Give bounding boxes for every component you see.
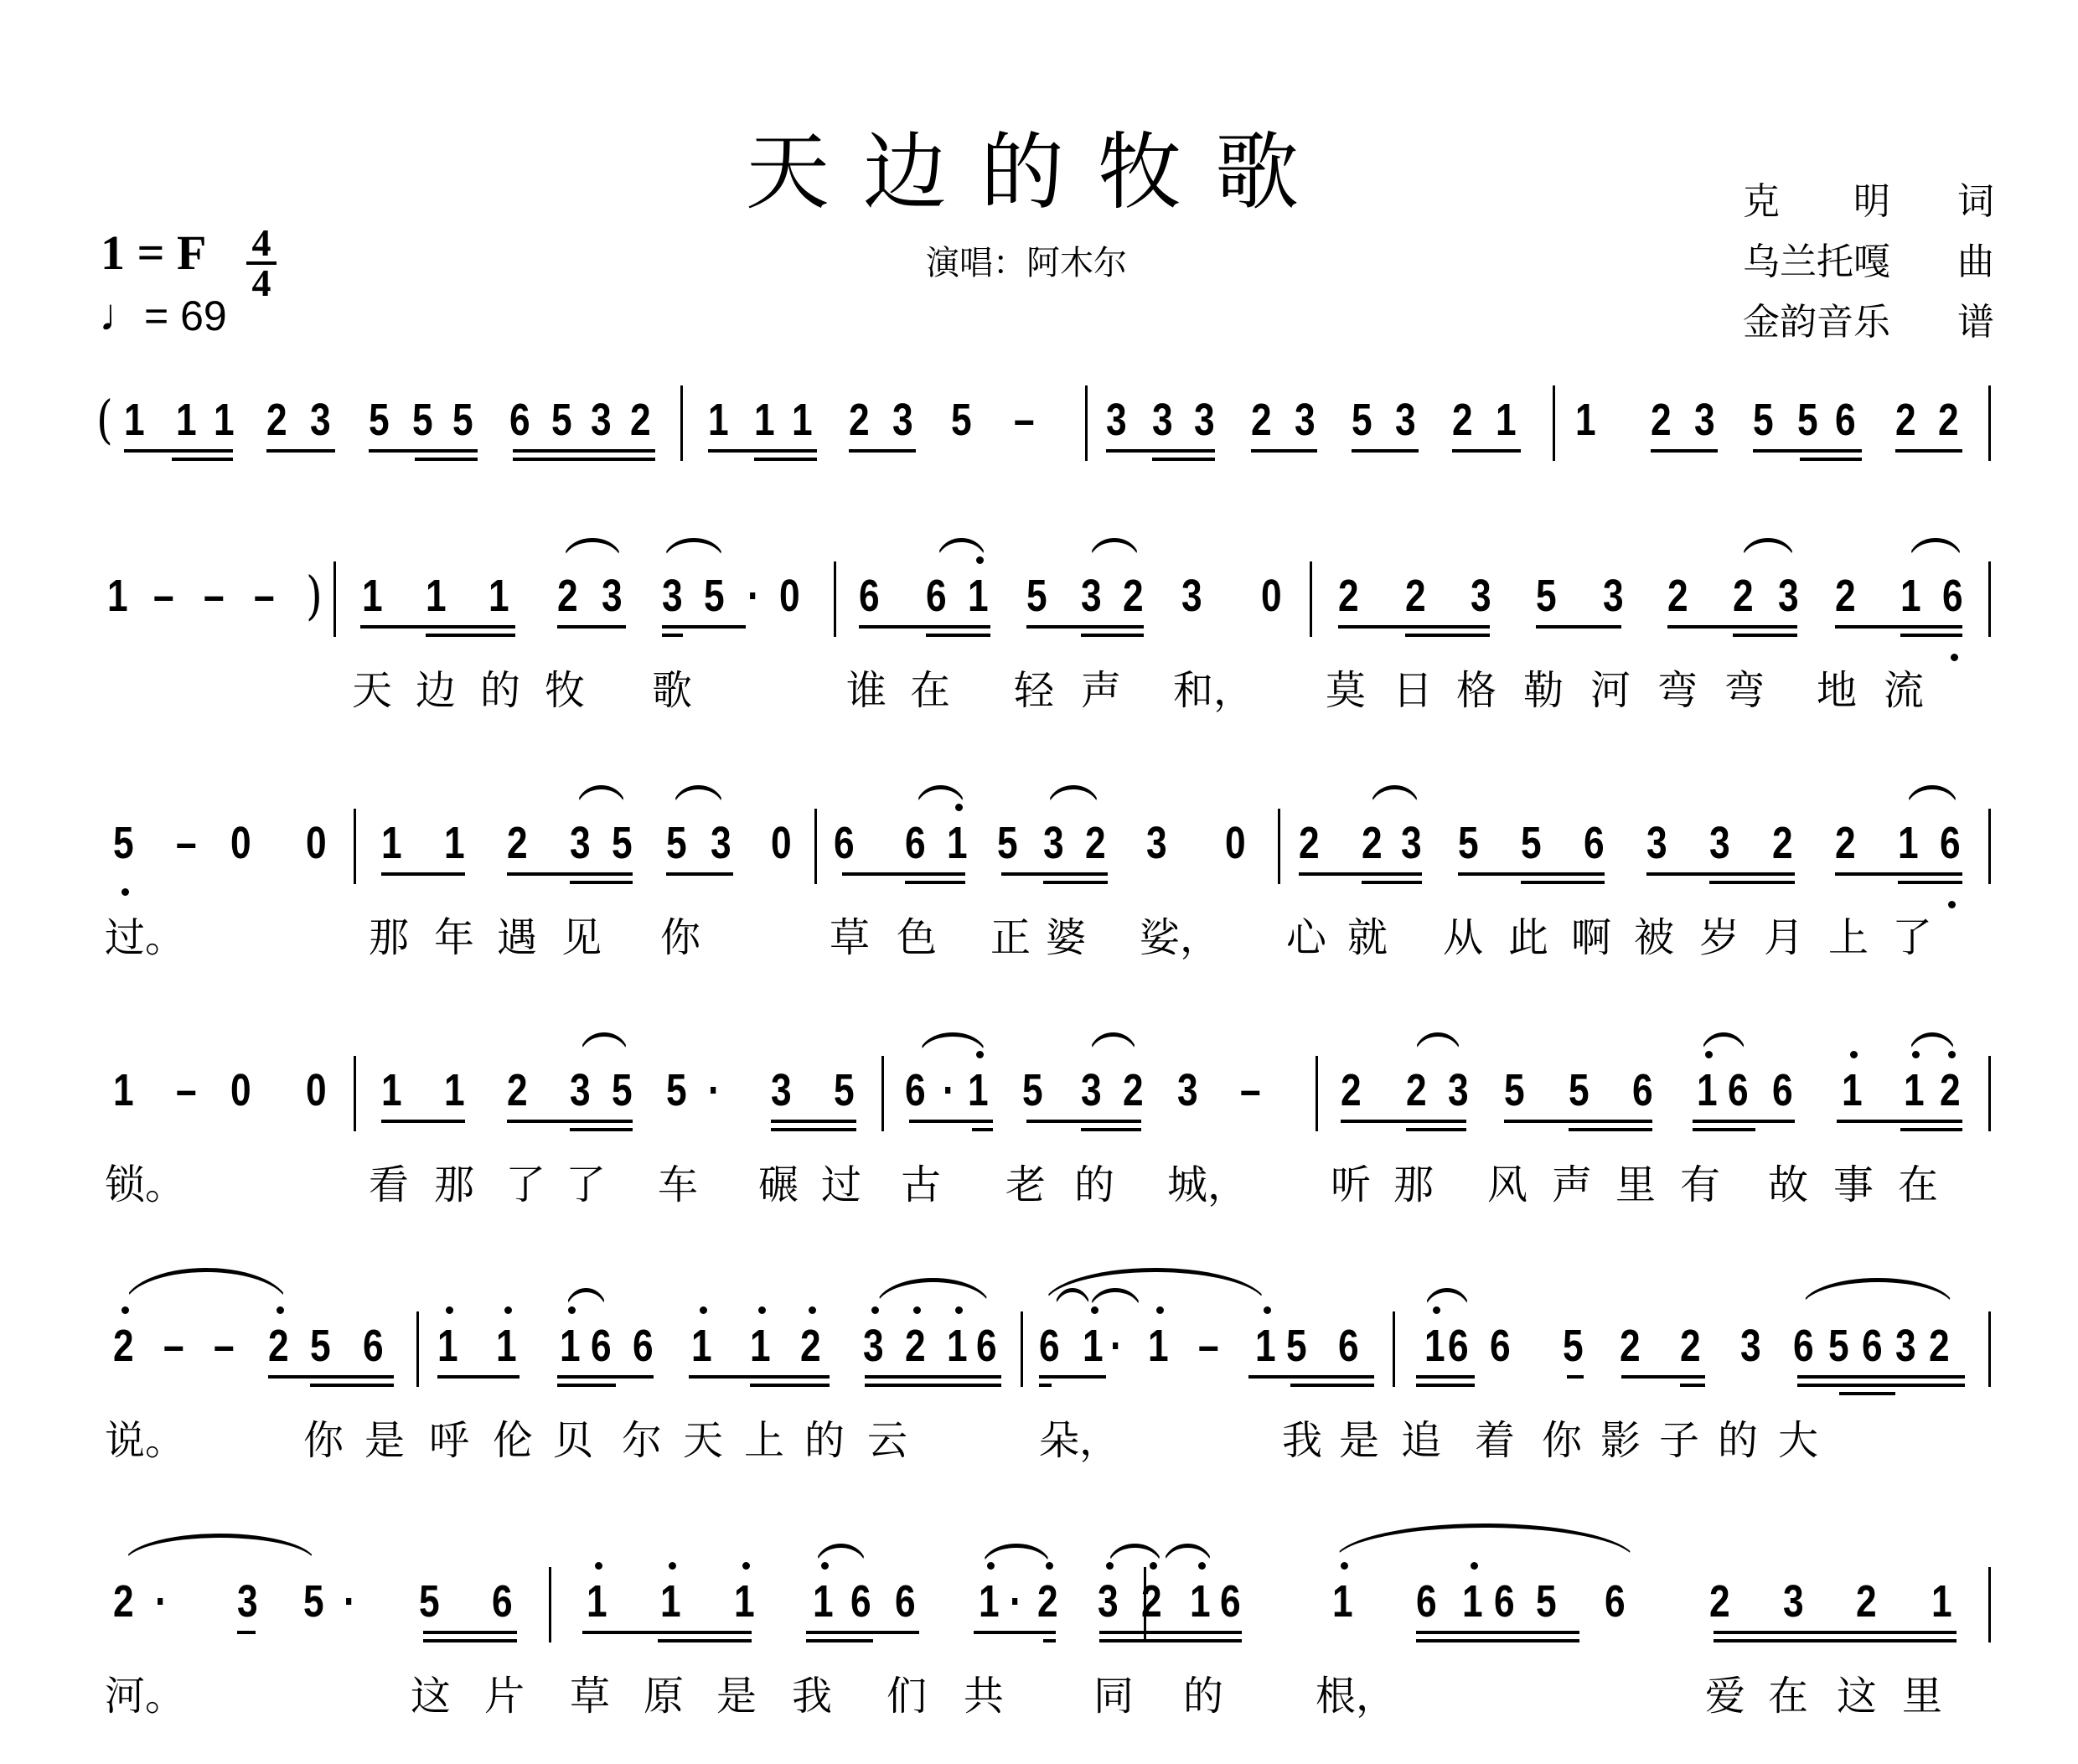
beam-underline	[1714, 1631, 1957, 1634]
beam-underline	[1416, 1631, 1579, 1634]
lyric-syllable: 你	[660, 905, 700, 963]
note: 3	[1471, 570, 1491, 622]
lyric-syllable: 年	[434, 905, 474, 963]
note: 1	[488, 570, 509, 622]
lyric-syllable: 岁	[1699, 905, 1739, 963]
lyric-syllable: 天	[352, 658, 392, 716]
beam-underline	[1646, 872, 1795, 876]
slur-arc	[1909, 1032, 1956, 1055]
note: 5	[551, 394, 572, 446]
bar-line	[333, 561, 336, 637]
lyric-syllable: 河。	[105, 1663, 185, 1721]
lyric-syllable: 的	[804, 1408, 845, 1466]
bar-line	[680, 385, 683, 461]
beam-underline	[972, 1128, 993, 1131]
beam-underline	[1299, 872, 1422, 876]
note: 2	[1835, 570, 1856, 622]
note: 6	[859, 570, 880, 622]
note: 6	[1772, 1064, 1793, 1116]
lyric-syllable: 的	[1183, 1663, 1223, 1721]
note: 3	[1081, 570, 1102, 622]
note: 1	[560, 1320, 581, 1372]
note: 6	[905, 817, 926, 869]
beam-underline	[1504, 1120, 1652, 1123]
note: 2	[1452, 394, 1473, 446]
octave-dot-above	[1341, 1562, 1348, 1570]
lyric-syllable: 声	[1552, 1152, 1592, 1210]
beam-underline	[658, 1639, 752, 1642]
note: 5	[1026, 570, 1047, 622]
note: 6	[1416, 1575, 1437, 1627]
note: 2	[1680, 1320, 1701, 1372]
singer-credit: 演唱：阿木尔	[926, 236, 1127, 284]
beam-underline	[570, 1128, 633, 1131]
note: 5	[369, 394, 390, 446]
note: 3	[1194, 394, 1215, 446]
note: 6	[509, 394, 530, 446]
note: 5	[1797, 394, 1818, 446]
bar-line	[1278, 809, 1280, 884]
note: 5	[666, 817, 687, 869]
slur-arc	[1089, 538, 1140, 561]
lyric-syllable: 月	[1764, 905, 1804, 963]
note: 5	[1352, 394, 1372, 446]
lyric-syllable: 那	[369, 905, 409, 963]
note: 5	[666, 1064, 687, 1116]
bar-line	[1988, 809, 1991, 884]
lyric-syllable: 草	[570, 1663, 610, 1721]
note: 1	[754, 394, 775, 446]
beam-underline	[1709, 881, 1795, 884]
beam-underline	[905, 881, 965, 884]
lyric-syllable: 这	[1837, 1663, 1877, 1721]
lyric-syllable: 呼	[429, 1408, 469, 1466]
dash-note: –	[1014, 394, 1035, 446]
octave-dot-below	[1948, 901, 1956, 908]
lyric-syllable: 过	[821, 1152, 861, 1210]
lyric-syllable: 婆	[1046, 905, 1086, 963]
lyric-syllable: 有	[1680, 1152, 1720, 1210]
beam-underline	[771, 1120, 856, 1123]
slur-arc	[876, 1278, 990, 1307]
slur-arc	[1334, 1523, 1636, 1561]
slur-arc	[673, 785, 724, 808]
note: 3	[863, 1320, 884, 1372]
note: 1	[113, 1064, 134, 1116]
note: 5	[303, 1575, 324, 1627]
note: 3	[1152, 394, 1173, 446]
lyric-syllable: 河	[1590, 658, 1631, 716]
note: 2	[113, 1320, 134, 1372]
octave-dot-above	[595, 1562, 602, 1570]
lyric-syllable: 就	[1347, 905, 1388, 963]
note: 5	[1022, 1064, 1043, 1116]
note: 6	[1338, 1320, 1359, 1372]
note: 2	[1835, 817, 1856, 869]
beam-underline	[1733, 634, 1797, 637]
note: 3	[237, 1575, 258, 1627]
lyric-syllable: 城，	[1167, 1152, 1248, 1210]
beam-underline	[842, 872, 965, 876]
beam-underline	[1837, 1120, 1962, 1123]
beam-underline	[1567, 1375, 1584, 1379]
note: 2	[1405, 570, 1426, 622]
note: 6	[850, 1575, 871, 1627]
beam-underline	[1248, 1375, 1374, 1379]
note: 1	[708, 394, 729, 446]
octave-dot-above	[1264, 1306, 1271, 1314]
lyric-syllable: 轻	[1014, 658, 1054, 716]
augmentation-dot: ·	[155, 1575, 168, 1627]
lyric-syllable: 了	[566, 1152, 606, 1210]
note: 2	[1733, 570, 1754, 622]
beam-underline	[1452, 449, 1521, 453]
note: 2	[1338, 570, 1359, 622]
lyric-syllable: 我	[1282, 1408, 1322, 1466]
note: 3	[771, 1064, 792, 1116]
note: 1	[444, 817, 465, 869]
quarter-note-icon: ♩	[99, 290, 144, 340]
beam-underline	[1341, 1120, 1466, 1123]
slur-arc	[1047, 785, 1099, 808]
lyric-syllable: 被	[1634, 905, 1674, 963]
lyric-syllable: 是	[1339, 1408, 1379, 1466]
note: 1	[1697, 1064, 1718, 1116]
note: 1	[214, 394, 235, 446]
note: 2	[1709, 1575, 1730, 1627]
lyric-syllable: 老	[1005, 1152, 1046, 1210]
note: 3	[602, 570, 623, 622]
beam-underline	[1081, 634, 1144, 637]
bar-line	[1553, 385, 1555, 461]
beam-underline	[423, 1631, 517, 1634]
beam-underline	[415, 458, 478, 461]
lyric-syllable: 过。	[105, 905, 185, 963]
note: 1	[1148, 1320, 1169, 1372]
lyric-syllable: 声	[1081, 658, 1121, 716]
lyric-syllable: 爱	[1705, 1663, 1745, 1721]
note: 2	[507, 817, 528, 869]
beam-underline	[865, 1375, 1001, 1379]
beam-underline	[507, 872, 633, 876]
beam-underline	[124, 449, 233, 453]
lyric-syllable: 弯	[1657, 658, 1698, 716]
note: 0	[771, 817, 792, 869]
note: 0	[230, 817, 251, 869]
note: 2	[1299, 817, 1320, 869]
lyric-syllable: 莫	[1326, 658, 1366, 716]
note: 6	[895, 1575, 916, 1627]
lyricist-credit: 克 明词	[1743, 172, 1994, 232]
note: 5	[1536, 1575, 1557, 1627]
bar-line	[881, 1056, 884, 1131]
beam-underline	[1338, 625, 1490, 629]
lyric-syllable: 故	[1768, 1152, 1808, 1210]
lyric-syllable: 听	[1331, 1152, 1371, 1210]
octave-dot-below	[121, 888, 129, 896]
note: 2	[1940, 1064, 1961, 1116]
note: 1	[1496, 394, 1517, 446]
beam-underline	[1753, 449, 1862, 453]
note: 1	[1904, 1064, 1925, 1116]
octave-dot-above	[955, 1306, 963, 1314]
note: 6	[1490, 1320, 1511, 1372]
lyric-syllable: 影	[1600, 1408, 1641, 1466]
lyric-syllable: 上	[744, 1408, 784, 1466]
note: 0	[306, 817, 327, 869]
note: 6	[1494, 1575, 1515, 1627]
note: 2	[1341, 1064, 1362, 1116]
note: 1	[1575, 394, 1596, 446]
note: 5	[1458, 817, 1479, 869]
lyric-syllable: 原	[644, 1663, 684, 1721]
octave-dot-above	[504, 1306, 512, 1314]
slur-arc	[1701, 1032, 1746, 1055]
slur-arc	[1909, 538, 1962, 561]
note: 1	[362, 570, 383, 622]
note: 1	[947, 1320, 968, 1372]
note: 0	[779, 570, 800, 622]
note: 2	[1667, 570, 1688, 622]
beam-underline	[662, 625, 746, 629]
note: 5	[1563, 1320, 1584, 1372]
note: 3	[662, 570, 683, 622]
slur-arc	[815, 1544, 866, 1566]
note: 2	[557, 570, 578, 622]
note: 1	[1900, 570, 1921, 622]
note: 3	[310, 394, 331, 446]
beam-underline	[1405, 634, 1490, 637]
dash-note: –	[1240, 1064, 1261, 1116]
beam-underline	[1521, 881, 1605, 884]
beam-underline	[1039, 1375, 1106, 1379]
note: 6	[1220, 1575, 1241, 1627]
note: 2	[1037, 1575, 1058, 1627]
lyric-syllable: 车	[658, 1152, 698, 1210]
lyric-syllable: 碾	[758, 1152, 799, 1210]
beam-underline	[1043, 1639, 1056, 1642]
note: 1	[381, 1064, 402, 1116]
beam-underline	[849, 449, 916, 453]
lyric-syllable: 了	[1892, 905, 1932, 963]
beam-underline	[859, 625, 990, 629]
beam-underline	[237, 1631, 256, 1634]
beam-underline	[865, 1384, 1001, 1387]
note: 5	[113, 817, 134, 869]
note: 1	[947, 817, 968, 869]
lyric-syllable: 子	[1659, 1408, 1699, 1466]
note: 6	[1862, 1320, 1883, 1372]
beam-underline	[754, 458, 817, 461]
lyric-syllable: 同	[1093, 1663, 1134, 1721]
beam-underline	[1895, 449, 1962, 453]
octave-dot-above	[758, 1306, 766, 1314]
note: 3	[1181, 570, 1202, 622]
octave-dot-above	[742, 1562, 750, 1570]
lyric-syllable: 我	[792, 1663, 832, 1721]
beam-underline	[1362, 881, 1422, 884]
note: 3	[570, 817, 591, 869]
lyric-syllable: 是	[364, 1408, 405, 1466]
note: 2	[268, 1320, 289, 1372]
lyric-syllable: 勒	[1523, 658, 1564, 716]
beam-underline	[806, 1631, 919, 1634]
lyric-syllable: 谁	[846, 658, 887, 716]
slur-arc	[664, 538, 724, 561]
note: 2	[905, 1320, 926, 1372]
note: 3	[1106, 394, 1127, 446]
beam-underline	[369, 449, 478, 453]
note: 2	[1123, 570, 1144, 622]
beam-underline	[513, 458, 655, 461]
note: 2	[1085, 817, 1106, 869]
note: 5	[1536, 570, 1557, 622]
note: 6	[492, 1575, 513, 1627]
lyric-syllable: 这	[411, 1663, 451, 1721]
beam-underline	[1251, 449, 1317, 453]
beam-underline	[1081, 1128, 1141, 1131]
note: 1	[107, 570, 128, 622]
bar-line	[1021, 1311, 1023, 1387]
beam-underline	[1099, 1639, 1242, 1642]
note: 5	[1521, 817, 1542, 869]
beam-underline	[1458, 872, 1605, 876]
note: 6	[1632, 1064, 1653, 1116]
note: 3	[1783, 1575, 1804, 1627]
lyric-syllable: 里	[1615, 1152, 1656, 1210]
note: 5	[1504, 1064, 1525, 1116]
note: 1	[813, 1575, 834, 1627]
beam-underline	[1693, 1128, 1755, 1131]
slur-arc	[1089, 1032, 1137, 1055]
beam-underline	[1800, 458, 1862, 461]
beam-underline	[806, 1639, 873, 1642]
note: 2	[1251, 394, 1272, 446]
slur-arc	[982, 1544, 1051, 1566]
note: 2	[266, 394, 287, 446]
dash-note: –	[204, 570, 225, 622]
lyric-syllable: 日	[1393, 658, 1433, 716]
note: 1	[1898, 817, 1919, 869]
bar-line	[354, 809, 356, 884]
note: 2	[849, 394, 870, 446]
beam-underline	[1290, 1384, 1374, 1387]
beam-underline	[1406, 1128, 1466, 1131]
lyric-syllable: 此	[1508, 905, 1548, 963]
note: 5	[412, 394, 433, 446]
note: 2	[113, 1575, 134, 1627]
note: 5	[704, 570, 725, 622]
beam-underline	[513, 449, 655, 453]
octave-dot-above	[446, 1306, 453, 1314]
bar-line	[1316, 1056, 1318, 1131]
note: 1	[1332, 1575, 1353, 1627]
note: 5	[612, 817, 633, 869]
slur-arc	[580, 1032, 628, 1055]
note: 5	[1569, 1064, 1590, 1116]
beam-underline	[582, 1631, 752, 1634]
note: 6	[1448, 1320, 1469, 1372]
beam-underline	[708, 449, 817, 453]
note: 5	[419, 1575, 440, 1627]
note: 0	[306, 1064, 327, 1116]
beam-underline	[1416, 1375, 1475, 1379]
lyric-syllable: 你	[1542, 1408, 1582, 1466]
slur-arc	[1801, 1278, 1954, 1307]
beam-underline	[750, 1384, 830, 1387]
note: 6	[834, 817, 855, 869]
beam-underline	[1026, 625, 1144, 629]
beam-underline	[437, 1375, 519, 1379]
augmentation-dot: ·	[344, 1575, 356, 1627]
lyric-syllable: 啊	[1571, 905, 1611, 963]
beam-underline	[507, 1120, 633, 1123]
lyric-syllable: 贝	[553, 1408, 593, 1466]
beam-underline	[1693, 1120, 1795, 1123]
transcriber-credit: 金韵音乐谱	[1743, 292, 1994, 353]
beam-underline	[1714, 1639, 1957, 1642]
note: 6	[591, 1320, 612, 1372]
note: 3	[1778, 570, 1799, 622]
beam-underline	[1416, 1639, 1579, 1642]
octave-dot-above	[871, 1306, 879, 1314]
note: 2	[1929, 1320, 1950, 1372]
slur-arc	[1424, 1288, 1470, 1311]
lyric-syllable: 正	[990, 905, 1031, 963]
beam-underline	[909, 1120, 993, 1123]
note: 6	[1605, 1575, 1626, 1627]
dash-note: –	[254, 570, 275, 622]
augmentation-dot: ·	[708, 1064, 721, 1116]
lyric-syllable: 天	[683, 1408, 723, 1466]
lyric-syllable: 那	[1393, 1152, 1434, 1210]
note: 1	[587, 1575, 607, 1627]
beam-underline	[310, 1384, 394, 1387]
note: 2	[507, 1064, 528, 1116]
note: 3	[1098, 1575, 1119, 1627]
note: 2	[1406, 1064, 1427, 1116]
lyric-syllable: 草	[830, 905, 870, 963]
note: 2	[800, 1320, 821, 1372]
note: 5	[1753, 394, 1774, 446]
beam-underline	[1621, 1375, 1705, 1379]
beam-underline	[1797, 1375, 1965, 1379]
octave-dot-above	[1471, 1562, 1478, 1570]
note: 3	[1081, 1064, 1102, 1116]
beam-underline	[423, 1639, 517, 1642]
lyric-syllable: 从	[1443, 905, 1483, 963]
beam-underline	[1099, 1631, 1242, 1634]
octave-dot-above	[669, 1562, 676, 1570]
note: 0	[1261, 570, 1282, 622]
note: 1	[176, 394, 197, 446]
lyric-syllable: 尔	[622, 1408, 662, 1466]
note: 5	[951, 394, 972, 446]
octave-dot-above	[913, 1306, 921, 1314]
dash-note: –	[176, 817, 197, 869]
note: 5	[834, 1064, 855, 1116]
lyric-syllable: 你	[303, 1408, 344, 1466]
lyric-syllable: 歌	[652, 658, 692, 716]
note: 5	[310, 1320, 331, 1372]
slur-arc	[937, 538, 986, 561]
note: 2	[1895, 394, 1916, 446]
lyric-syllable: 着	[1475, 1408, 1515, 1466]
octave-dot-above	[121, 1306, 129, 1314]
lyric-syllable: 事	[1833, 1152, 1874, 1210]
beam-underline	[1898, 881, 1962, 884]
note: 1	[660, 1575, 681, 1627]
